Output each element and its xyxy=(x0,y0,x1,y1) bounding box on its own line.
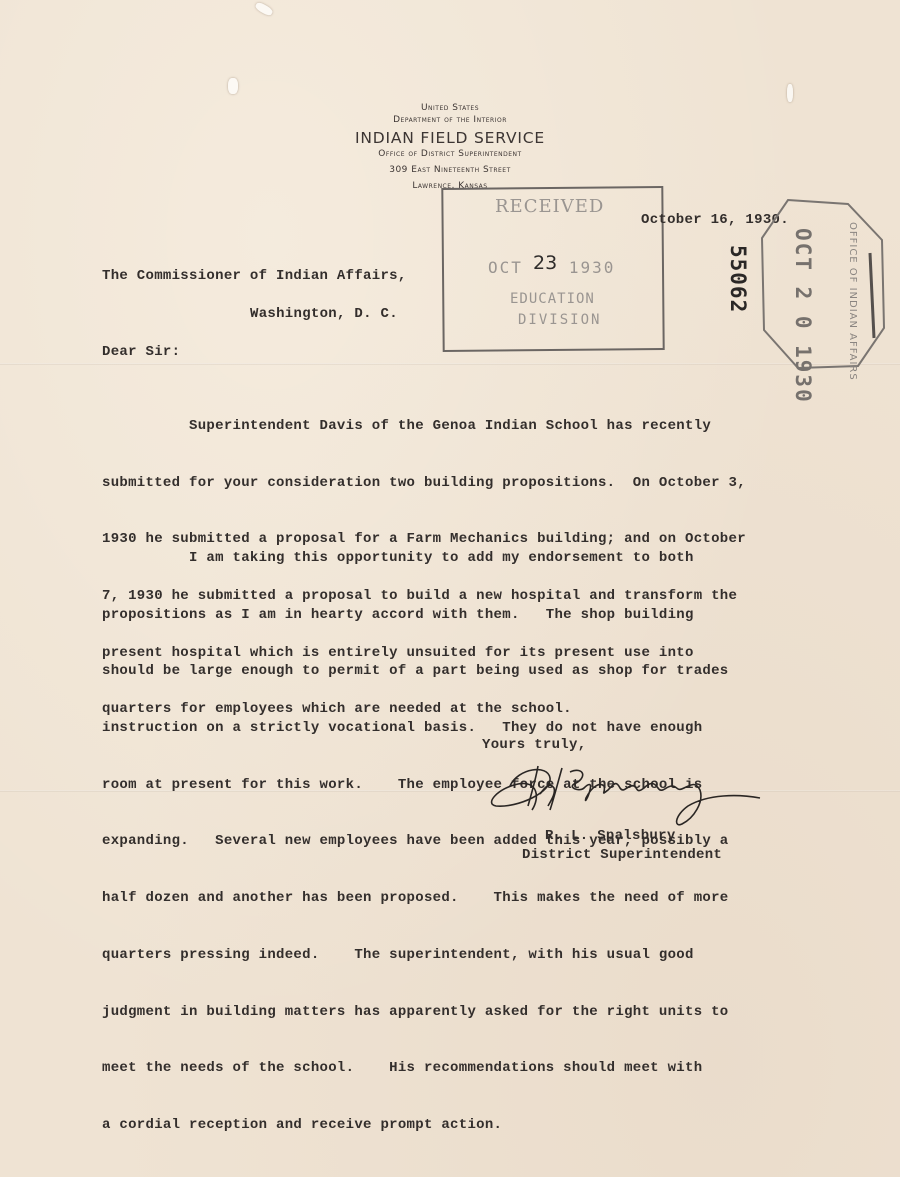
salutation: Dear Sir: xyxy=(102,343,180,362)
body-line: meet the needs of the school. His recomm… xyxy=(102,1059,802,1078)
body-paragraph-2: I am taking this opportunity to add my e… xyxy=(102,511,802,1154)
body-line: propositions as I am in hearty accord wi… xyxy=(102,606,802,625)
signer-title: District Superintendent xyxy=(522,846,722,865)
octagon-stamp-border xyxy=(758,198,886,370)
letterhead-office: Office of District Superintendent xyxy=(330,146,570,162)
octagon-stamp-office: OFFICE OF INDIAN AFFAIRS xyxy=(847,222,858,381)
received-stamp-month: OCT xyxy=(488,258,523,277)
body-line: I am taking this opportunity to add my e… xyxy=(102,549,802,568)
octagon-stamp-date: OCT 2 0 1930 xyxy=(791,228,815,404)
body-line: submitted for your consideration two bui… xyxy=(102,474,802,493)
received-stamp-division: EDUCATION xyxy=(510,291,595,307)
received-stamp-year: 1930 xyxy=(569,258,616,277)
handwritten-signature xyxy=(488,758,768,828)
file-number-stamp: 55062 xyxy=(726,245,750,313)
body-line: half dozen and another has been proposed… xyxy=(102,889,802,908)
staple-hole xyxy=(787,84,793,102)
received-stamp-day-handwritten: 23 xyxy=(533,252,557,274)
closing: Yours truly, xyxy=(482,736,586,755)
body-line: Superintendent Davis of the Genoa Indian… xyxy=(102,417,802,436)
body-line: quarters pressing indeed. The superinten… xyxy=(102,946,802,965)
letterhead: United States Department of the Interior… xyxy=(330,100,570,194)
recipient-city: Washington, D. C. xyxy=(250,305,398,324)
body-line: judgment in building matters has apparen… xyxy=(102,1003,802,1022)
body-line: should be large enough to permit of a pa… xyxy=(102,662,802,681)
signer-name: R. L. Spalsbury xyxy=(545,827,676,846)
recipient-name: The Commissioner of Indian Affairs, xyxy=(102,267,407,286)
letterhead-service: INDIAN FIELD SERVICE xyxy=(330,128,570,148)
paper-tear xyxy=(254,1,274,17)
letterhead-street: 309 East Nineteenth Street xyxy=(330,162,570,178)
received-stamp-title: RECEIVED xyxy=(495,196,604,217)
body-line: a cordial reception and receive prompt a… xyxy=(102,1116,802,1135)
letterhead-department: Department of the Interior xyxy=(330,112,570,128)
staple-hole xyxy=(228,78,238,94)
body-line: instruction on a strictly vocational bas… xyxy=(102,719,802,738)
received-stamp-division-2: DIVISION xyxy=(518,312,601,328)
